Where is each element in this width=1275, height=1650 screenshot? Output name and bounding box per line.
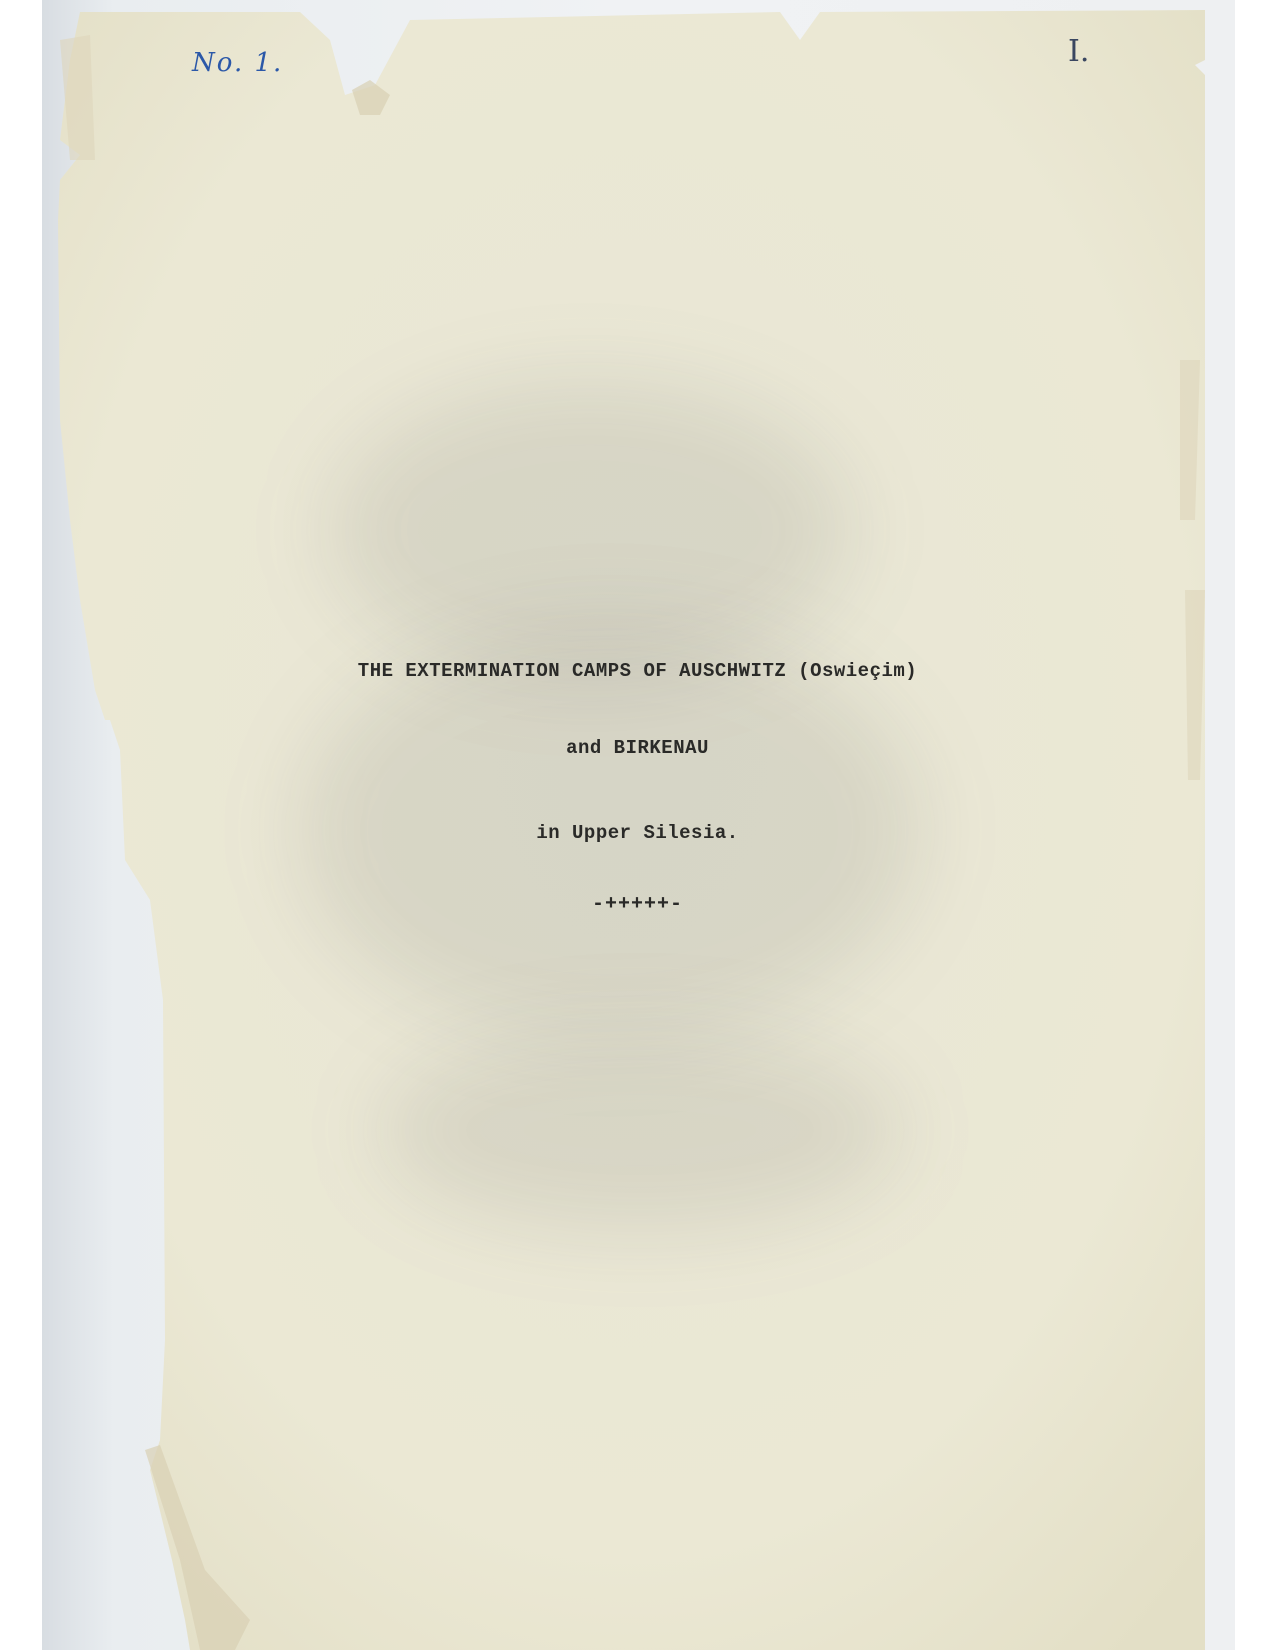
handwritten-roman-numeral: I.: [1068, 34, 1089, 69]
title-line-1: THE EXTERMINATION CAMPS OF AUSCHWITZ (Os…: [0, 660, 1275, 682]
stain: [380, 1030, 900, 1230]
handwritten-number: No. 1.: [192, 48, 283, 78]
section-divider: -+++++-: [0, 893, 1275, 916]
title-line-2: and BIRKENAU: [0, 737, 1275, 759]
title-line-3: in Upper Silesia.: [0, 822, 1275, 844]
